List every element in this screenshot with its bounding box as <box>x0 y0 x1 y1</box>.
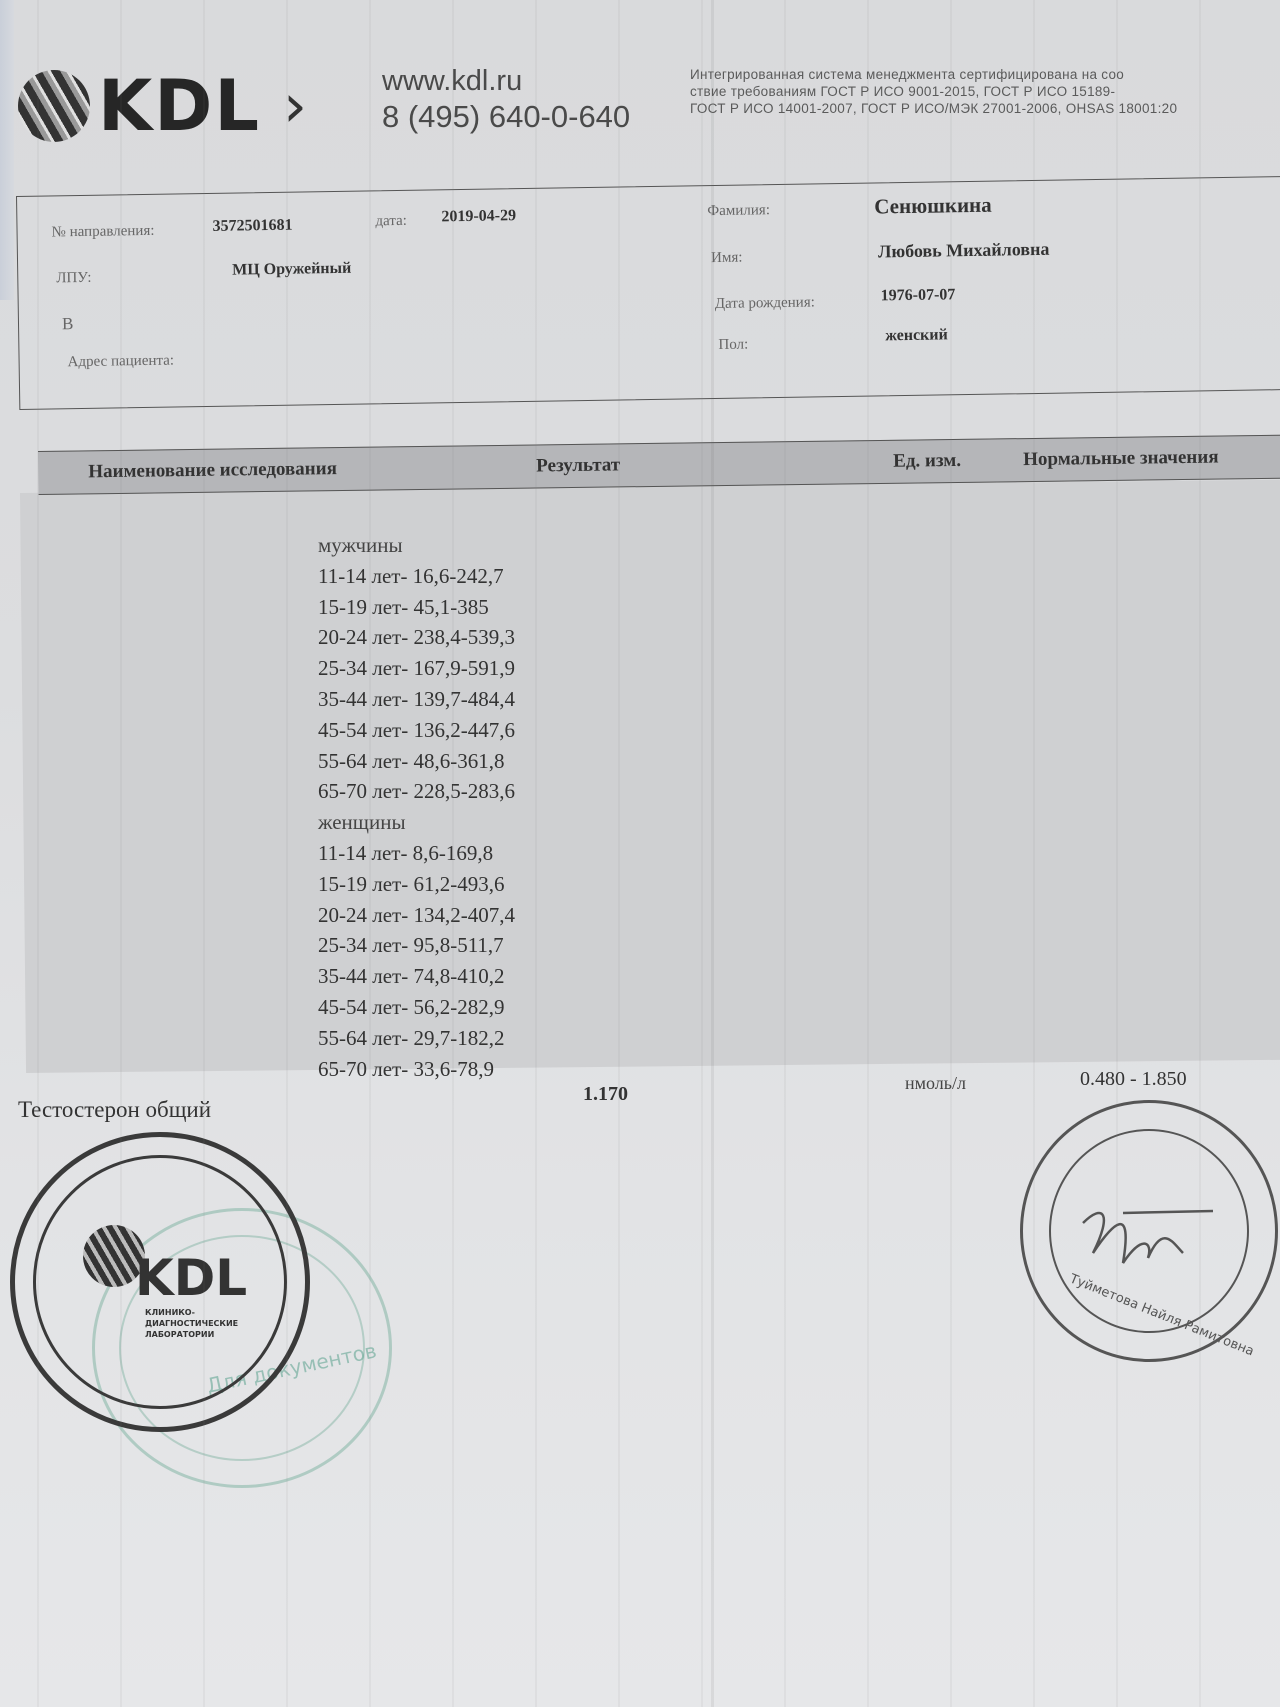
contact-info: www.kdl.ru 8 (495) 640-0-640 <box>382 66 630 135</box>
surname-value: Сенюшкина <box>874 193 992 220</box>
referral-label: № направления: <box>51 223 154 242</box>
b-label: В <box>62 314 74 334</box>
lab-stamp: KDL КЛИНИКО- ДИАГНОСТИЧЕСКИЕ ЛАБОРАТОРИИ <box>10 1132 310 1432</box>
name-label: Имя: <box>711 250 743 267</box>
women-range: 20-24 лет- 134,2-407,4 <box>318 900 515 931</box>
paper-edge <box>0 0 14 300</box>
cert-line: ГОСТ Р ИСО 14001-2007, ГОСТ Р ИСО/МЭК 27… <box>690 100 1280 117</box>
lab-stamp-subtitle: КЛИНИКО- ДИАГНОСТИЧЕСКИЕ ЛАБОРАТОРИИ <box>145 1307 238 1340</box>
address-label: Адрес пациента: <box>67 353 174 372</box>
logo-text: KDL <box>98 71 261 141</box>
cert-line: ствие требованиям ГОСТ Р ИСО 9001-2015, … <box>690 83 1280 100</box>
test-result: 1.170 <box>583 1083 628 1106</box>
men-header: мужчины <box>318 530 515 561</box>
chevron-right-icon: › <box>283 76 307 136</box>
birth-date-label: Дата рождения: <box>715 294 815 313</box>
date-label: дата: <box>375 213 407 230</box>
referral-number: 3572501681 <box>212 217 292 236</box>
subtitle-line: ДИАГНОСТИЧЕСКИЕ <box>145 1318 238 1329</box>
reference-notes: мужчины 11-14 лет- 16,6-242,7 15-19 лет-… <box>318 530 515 1084</box>
subtitle-line: ЛАБОРАТОРИИ <box>145 1329 238 1340</box>
kdl-logo: KDL › <box>18 70 307 142</box>
phone-number: 8 (495) 640-0-640 <box>382 98 630 135</box>
column-reference: Нормальные значения <box>1023 447 1219 472</box>
men-range: 15-19 лет- 45,1-385 <box>318 592 515 623</box>
men-range: 11-14 лет- 16,6-242,7 <box>318 561 515 592</box>
women-range: 25-34 лет- 95,8-511,7 <box>318 930 515 961</box>
men-range: 45-54 лет- 136,2-447,6 <box>318 715 515 746</box>
women-range: 15-19 лет- 61,2-493,6 <box>318 869 515 900</box>
column-test-name: Наименование исследования <box>88 458 337 483</box>
referral-date: 2019-04-29 <box>441 207 516 226</box>
sex-label: Пол: <box>718 337 748 354</box>
subtitle-line: КЛИНИКО- <box>145 1307 238 1318</box>
globe-logo-icon <box>18 70 90 142</box>
lpu-value: МЦ Оружейный <box>232 260 351 280</box>
sex-value: женский <box>885 326 948 345</box>
test-name: Тестостерон общий <box>18 1097 211 1123</box>
women-range: 11-14 лет- 8,6-169,8 <box>318 838 515 869</box>
cert-line: Интегрированная система менеджмента серт… <box>690 66 1280 83</box>
lab-stamp-brand: KDL <box>135 1249 247 1307</box>
column-result: Результат <box>536 454 620 477</box>
patient-info-box: № направления: 3572501681 дата: 2019-04-… <box>16 176 1280 410</box>
certification-text: Интегрированная система менеджмента серт… <box>690 66 1280 117</box>
men-range: 65-70 лет- 228,5-283,6 <box>318 776 515 807</box>
men-range: 20-24 лет- 238,4-539,3 <box>318 622 515 653</box>
surname-label: Фамилия: <box>707 202 770 220</box>
birth-date-value: 1976-07-07 <box>881 286 956 305</box>
men-range: 35-44 лет- 139,7-484,4 <box>318 684 515 715</box>
women-range: 55-64 лет- 29,7-182,2 <box>318 1023 515 1054</box>
column-unit: Ед. изм. <box>893 450 961 473</box>
table-body-background <box>20 480 1280 1073</box>
test-unit: нмоль/л <box>905 1073 966 1094</box>
lpu-label: ЛПУ: <box>56 270 91 288</box>
name-value: Любовь Михайловна <box>878 239 1050 263</box>
website-link[interactable]: www.kdl.ru <box>382 66 630 98</box>
women-range: 35-44 лет- 74,8-410,2 <box>318 961 515 992</box>
women-range: 45-54 лет- 56,2-282,9 <box>318 992 515 1023</box>
men-range: 25-34 лет- 167,9-591,9 <box>318 653 515 684</box>
signature-icon <box>1073 1183 1223 1283</box>
doctor-stamp: Туйметова Найля Рамитовна <box>1020 1100 1278 1362</box>
test-reference-range: 0.480 - 1.850 <box>1080 1068 1187 1091</box>
women-range: 65-70 лет- 33,6-78,9 <box>318 1054 515 1085</box>
women-header: женщины <box>318 807 515 838</box>
men-range: 55-64 лет- 48,6-361,8 <box>318 746 515 777</box>
